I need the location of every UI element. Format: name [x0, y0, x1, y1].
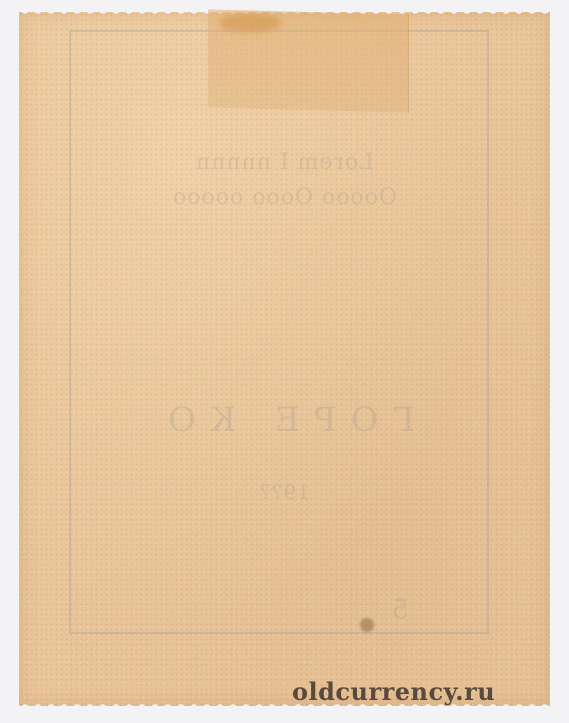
- paper-spot: [360, 618, 374, 632]
- show-through-text-line1: Lorem I nnnnn: [0, 150, 569, 175]
- show-through-year: 19??: [0, 480, 569, 504]
- show-through-frame: [69, 30, 489, 634]
- tape-stain: [220, 14, 280, 32]
- show-through-corner-right: 1: [440, 595, 569, 625]
- show-through-main-text: ГОРЕ КО: [0, 400, 569, 440]
- show-through-text-line2: Ooooo Oooo ooooo: [0, 185, 569, 210]
- watermark-text: oldcurrency.ru: [292, 677, 495, 706]
